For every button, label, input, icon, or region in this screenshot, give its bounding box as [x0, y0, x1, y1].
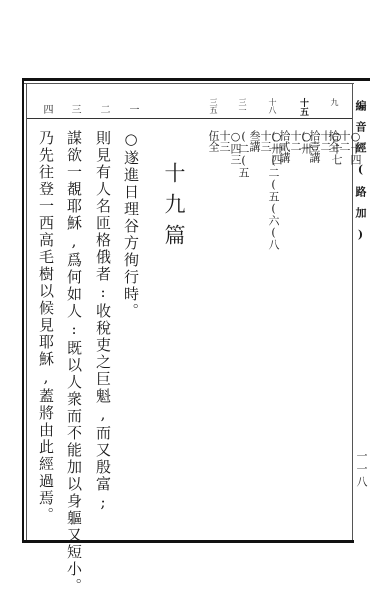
verse-text: 則見有人名匝格俄者:收稅吏之巨魁,而又殷富;: [95, 130, 110, 513]
page-number: 一一八: [356, 450, 367, 489]
verse-number: 四: [41, 104, 51, 114]
note-column: ○四三 十三 伍全: [208, 130, 241, 175]
verse-number: 二: [98, 104, 108, 114]
note-line: ○十四: [350, 130, 361, 165]
note-line: ○四三: [230, 130, 241, 165]
note-line: ○十七: [331, 130, 342, 165]
verse-text: 謀欲一覩耶穌,爲何如人:既以人衆而不能加以身軀又短小。: [66, 130, 81, 595]
header-divider: [27, 118, 352, 119]
verse-number: 一: [127, 104, 137, 114]
verse-text: 乃先往登一西高毛樹以候見耶穌,蓋將由此經過焉。: [38, 130, 53, 524]
left-border: [22, 78, 24, 543]
note-line: 伍全: [208, 130, 219, 165]
verse-text: ○遂進日理谷方徇行時。: [123, 130, 138, 320]
running-title: 編音經(路加): [355, 100, 366, 251]
note-ref: 十五: [298, 98, 307, 116]
verse-number: 三: [69, 104, 79, 114]
top-inner-border: [24, 83, 354, 84]
top-border: [22, 78, 370, 81]
note-ref: 九: [330, 98, 338, 106]
note-line: ○卅: [301, 130, 312, 250]
left-inner-border: [26, 84, 27, 540]
note-ref: 三五: [209, 98, 217, 114]
note-line: 十二: [290, 130, 301, 250]
note-line: ○卅四: [271, 130, 282, 178]
note-ref: 十八: [268, 98, 276, 114]
note-line: 叁講: [249, 130, 260, 178]
note-column: ○卅四 十三 叁講 (二(五: [238, 130, 282, 188]
note-ref: 三一: [238, 98, 246, 114]
chapter-title: 十九篇: [163, 162, 184, 255]
